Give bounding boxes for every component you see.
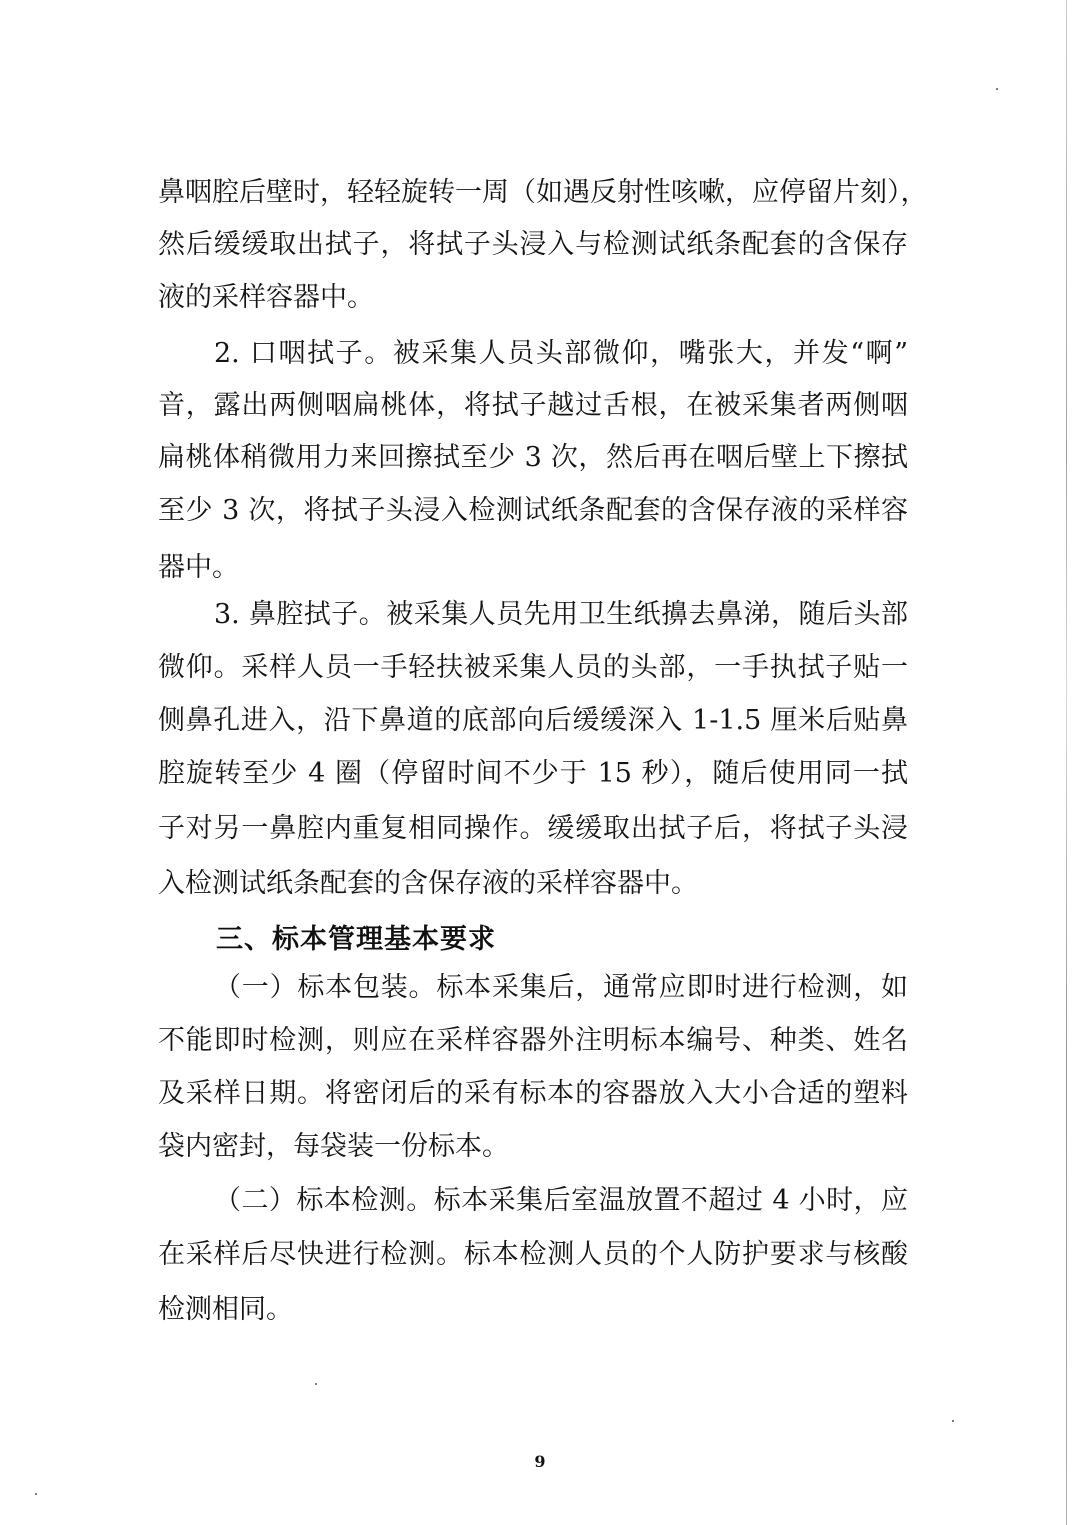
text-line: （二）标本检测。标本采集后室温放置不超过 4 小时，应 [214, 1181, 908, 1221]
text-line: 音，露出两侧咽扁桃体，将拭子越过舌根，在被采集者两侧咽 [158, 386, 908, 426]
text-line: 微仰。采样人员一手轻扶被采集人员的头部，一手执拭子贴一 [158, 648, 908, 688]
text-line: 至少 3 次，将拭子头浸入检测试纸条配套的含保存液的采样容 [158, 491, 908, 531]
text-line: 及采样日期。将密闭后的采有标本的容器放入大小合适的塑料 [158, 1074, 908, 1114]
text-line: 子对另一鼻腔内重复相同操作。缓缓取出拭子后，将拭子头浸 [158, 809, 908, 849]
page-number: 9 [530, 1452, 550, 1471]
text-line: 入检测试纸条配套的含保存液的采样容器中。 [158, 864, 908, 904]
text-line: （一）标本包装。标本采集后，通常应即时进行检测，如 [214, 968, 908, 1008]
text-line: 然后缓缓取出拭子，将拭子头浸入与检测试纸条配套的含保存 [158, 225, 908, 265]
text-line: 3. 鼻腔拭子。被采集人员先用卫生纸擤去鼻涕，随后头部 [214, 595, 908, 635]
text-line: 腔旋转至少 4 圈（停留时间不少于 15 秒），随后使用同一拭 [158, 754, 908, 794]
scan-speck [952, 1420, 954, 1422]
text-line: 鼻咽腔后壁时，轻轻旋转一周（如遇反射性咳嗽，应停留片刻）， [158, 173, 908, 213]
text-line: 液的采样容器中。 [158, 278, 908, 318]
text-line: 扁桃体稍微用力来回擦拭至少 3 次，然后再在咽后壁上下擦拭 [158, 438, 908, 478]
text-line: 检测相同。 [158, 1290, 908, 1330]
scan-speck [996, 88, 998, 90]
scan-speck [35, 1493, 37, 1495]
text-line: 在采样后尽快进行检测。标本检测人员的个人防护要求与核酸 [158, 1235, 908, 1275]
scan-edge-line [1066, 0, 1067, 1525]
scan-speck [315, 1383, 317, 1385]
text-line: 袋内密封，每袋装一份标本。 [158, 1127, 908, 1167]
text-line: 不能即时检测，则应在采样容器外注明标本编号、种类、姓名 [158, 1021, 908, 1061]
section-heading: 三、标本管理基本要求 [216, 920, 496, 960]
text-line: 2. 口咽拭子。被采集人员头部微仰，嘴张大，并发“啊” [214, 334, 908, 374]
text-line: 器中。 [158, 548, 908, 588]
document-page: 鼻咽腔后壁时，轻轻旋转一周（如遇反射性咳嗽，应停留片刻）， 然后缓缓取出拭子，将… [0, 0, 1080, 1525]
text-line: 侧鼻孔进入，沿下鼻道的底部向后缓缓深入 1-1.5 厘米后贴鼻 [158, 701, 908, 741]
